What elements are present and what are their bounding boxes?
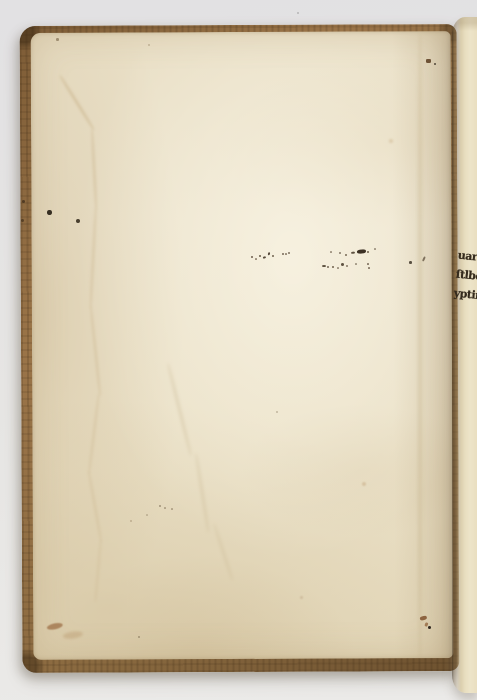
dust-speck bbox=[297, 12, 299, 14]
text-fragment-line: ſtlbo bbox=[455, 269, 477, 284]
text-fragment-line: uarris bbox=[457, 250, 477, 265]
photo-backdrop: uarris ſtlbo yptin bbox=[0, 0, 477, 700]
text-fragment-line: yptin bbox=[453, 287, 477, 302]
text-block-fore-edge: uarris ſtlbo yptin bbox=[452, 17, 477, 693]
vellum-pastedown bbox=[31, 31, 454, 660]
book-cover-turn-in-border bbox=[20, 24, 460, 673]
blackletter-text-fragments: uarris ſtlbo yptin bbox=[452, 250, 477, 317]
